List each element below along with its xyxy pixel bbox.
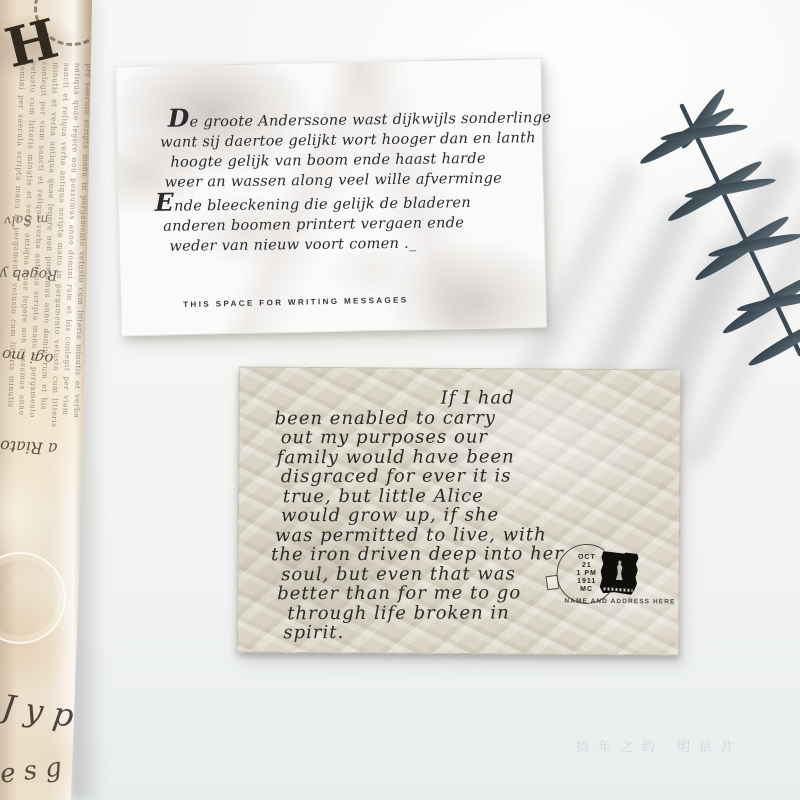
script-fragment: J y p [0, 687, 76, 735]
handwritten-letter-card: If I had been enabled to carry out my pu… [237, 366, 681, 655]
letter-line: would grow up, if she [281, 505, 564, 525]
cursive-letter-text-block: If I had been enabled to carry out my pu… [281, 388, 565, 642]
postmark-year: 1911 [576, 578, 596, 586]
script-line: weder van nieuw voort comen ._ [169, 232, 552, 257]
script-fragment: e s g [0, 752, 64, 789]
dried-plant-stem [630, 100, 800, 360]
postmark-month: OCT [576, 554, 596, 562]
stamp-figure-icon [612, 560, 626, 581]
postage-stamp [599, 551, 638, 595]
letter-line: disgraced for ever it is [281, 466, 564, 486]
writing-space-caption: THIS SPACE FOR WRITING MESSAGES [183, 295, 409, 309]
postmark-box [546, 575, 560, 590]
script-fragment: Rogeb y [0, 265, 58, 282]
letter-line: soul, but even that was [281, 564, 564, 584]
antique-print-text: per saecula scripta manu in pergamento v… [0, 61, 92, 434]
letter-line: spirit. [283, 622, 564, 642]
letter-line: family would have been [277, 447, 564, 468]
postmark-time: 1 PM [576, 570, 596, 578]
script-fragment: m Salv [4, 211, 49, 228]
postmark-text: OCT 21 1 PM 1911 MC [576, 554, 597, 594]
embossed-seal [0, 552, 66, 644]
calligraphy-text-block: De groote Anderssone wast dijkwijls sond… [168, 104, 553, 257]
letter-line: through life broken in [287, 603, 564, 623]
postmark-office: MC [576, 586, 596, 594]
letter-line: out my purposes our [281, 427, 564, 447]
calligraphy-postcard: De groote Anderssone wast dijkwijls sond… [115, 58, 547, 337]
letter-line: been enabled to carry [275, 408, 564, 429]
letter-line: true, but little Alice [283, 486, 564, 506]
postmark-day: 21 [576, 562, 596, 570]
stationery-photo-scene: H per saecula scripta manu in pergamento… [0, 0, 800, 800]
script-fragment: a Riato [0, 437, 58, 459]
brand-watermark: 拾年之约 明信片 [576, 736, 743, 755]
letter-line: better than for me to go [277, 583, 564, 604]
stamp-lettering [604, 587, 633, 592]
letter-line: If I had [441, 388, 564, 408]
address-hint-label: NAME AND ADDRESS HERE [564, 598, 675, 606]
letter-line: was permitted to live, with [275, 525, 564, 546]
letter-line: the iron driven deep into her [271, 544, 564, 565]
